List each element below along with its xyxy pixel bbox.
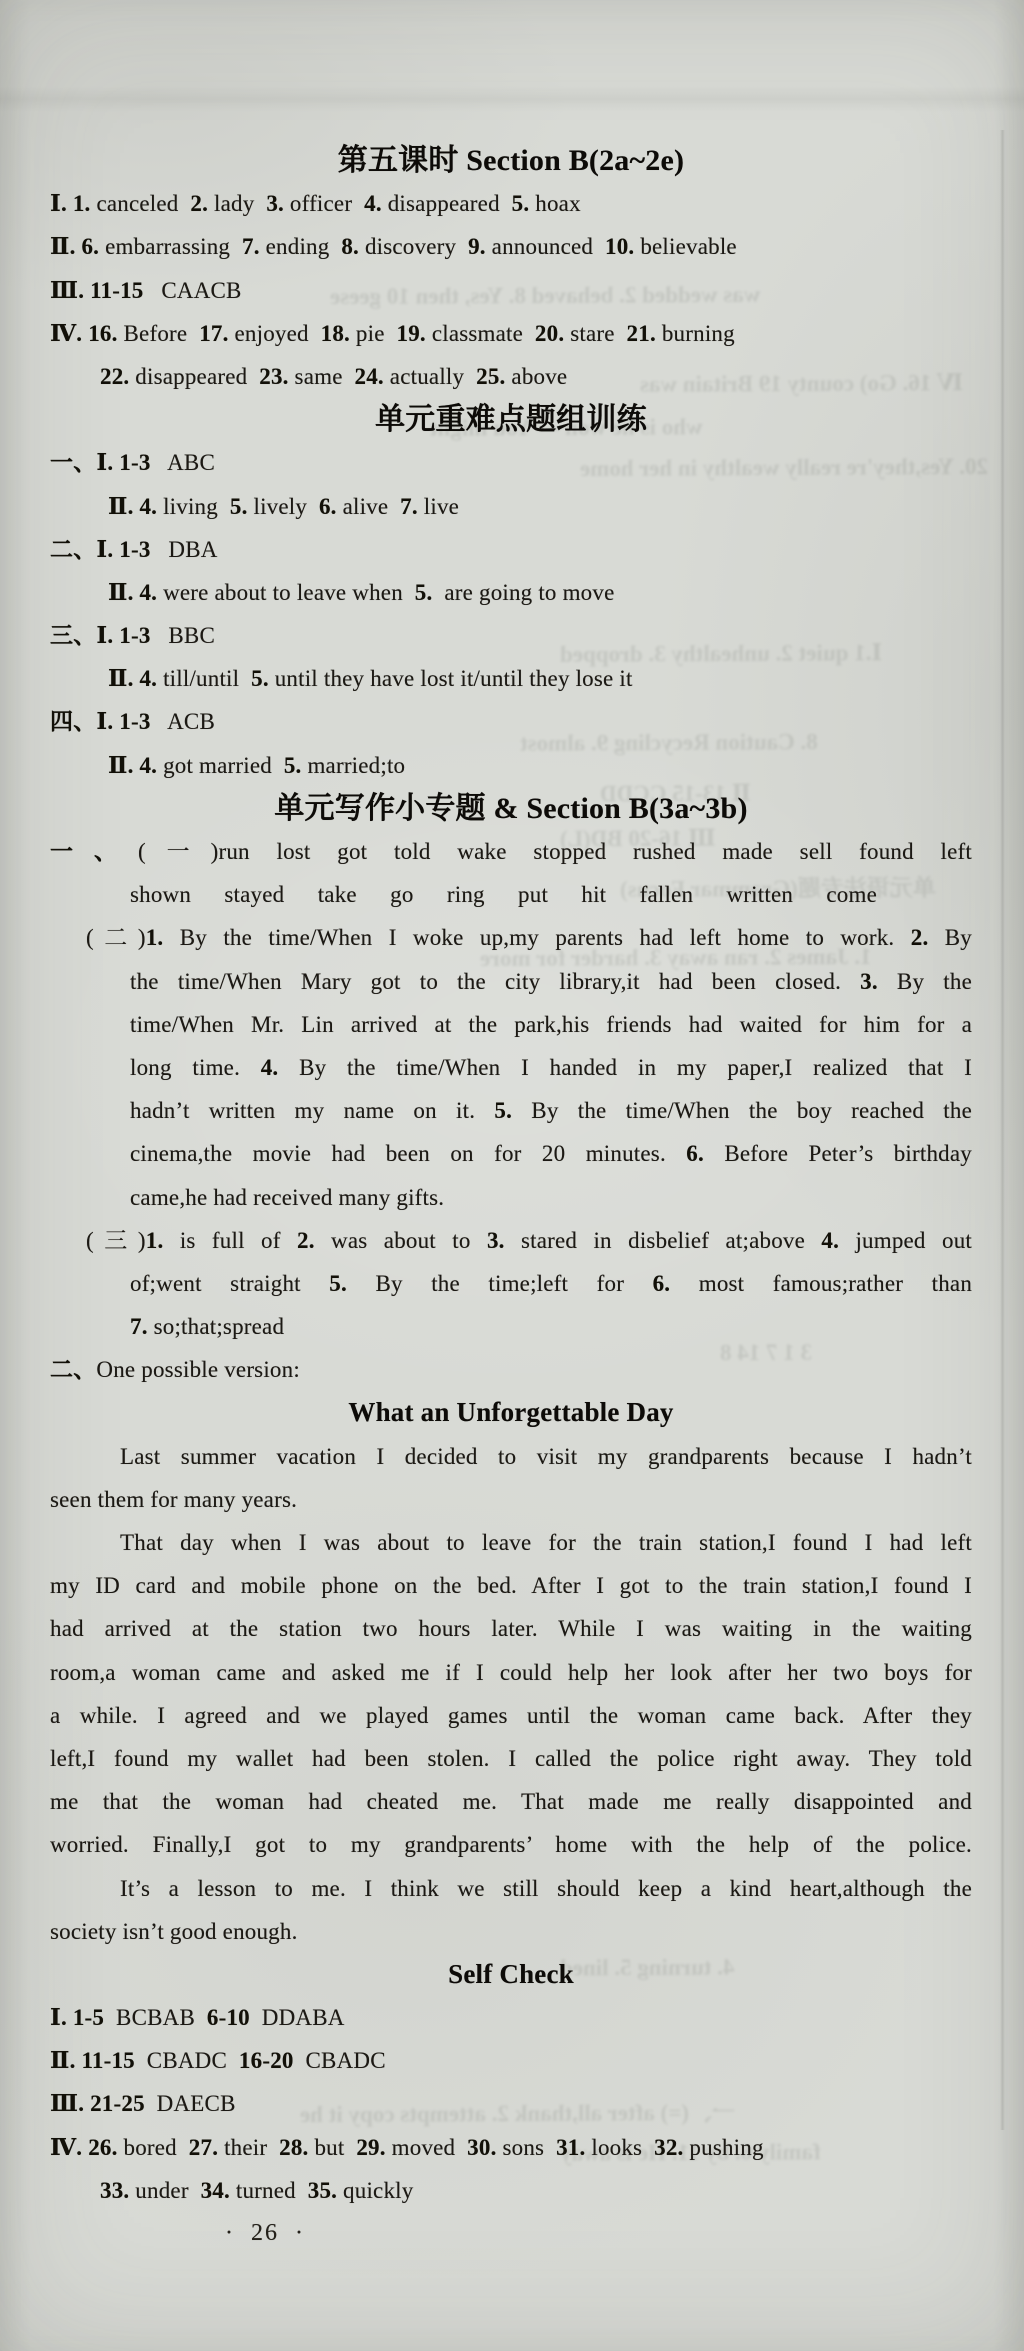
- answer-text: (一)run lost got told wake stopped rushed…: [138, 839, 972, 864]
- answer-line: Ⅰ. 1. canceled 2. lady 3. officer 4. dis…: [50, 182, 972, 225]
- answer-line: Ⅳ. 16. Before 17. enjoyed 18. pie 19. cl…: [50, 312, 972, 355]
- answer-line: Ⅱ. 4. till/until 5. until they have lost…: [50, 657, 972, 700]
- answer-text: hadn’t written my name on it.: [130, 1098, 475, 1123]
- answer-text: By the time/When I woke up,my parents ha…: [163, 925, 894, 950]
- answer-text: hoax: [529, 191, 580, 216]
- answer-text: society isn’t good enough.: [50, 1919, 298, 1944]
- answer-number: 4.: [805, 1228, 839, 1253]
- answer-text: By: [928, 925, 972, 950]
- answer-text: disappeared: [382, 191, 500, 216]
- answer-line: 一、(一)run lost got told wake stopped rush…: [50, 830, 972, 873]
- answer-line: hadn’t written my name on it. 5. By the …: [50, 1089, 972, 1132]
- answer-text: pushing: [683, 2135, 763, 2160]
- answer-text: came,he had received many gifts.: [130, 1185, 444, 1210]
- answer-text: By the: [878, 969, 972, 994]
- answer-number: Ⅱ. 4.: [108, 666, 157, 691]
- answer-text: One possible version:: [96, 1357, 300, 1382]
- answer-line: a while. I agreed and we played games un…: [50, 1694, 972, 1737]
- answer-line: Ⅱ. 4. living 5. lively 6. alive 7. live: [50, 485, 972, 528]
- answer-text: announced: [486, 234, 593, 259]
- answer-line: That day when I was about to leave for t…: [50, 1521, 972, 1564]
- answer-text: canceled: [91, 191, 179, 216]
- answer-line: 二、One possible version:: [50, 1348, 972, 1391]
- answer-text: time/When Mr. Lin arrived at the park,hi…: [130, 1012, 972, 1037]
- answer-line: 22. disappeared 23. same 24. actually 25…: [50, 355, 972, 398]
- scanned-answer-page-body: { "page": { "colors": { "paper": "#d8dad…: [0, 0, 1024, 2351]
- answer-text: embarrassing: [99, 234, 230, 259]
- answer-line: Ⅲ. 21-25 DAECB: [50, 2082, 972, 2125]
- answer-text: was about to: [315, 1228, 471, 1253]
- answer-text: shown stayed take go ring put hit fallen…: [130, 882, 877, 907]
- answer-line: 7. so;that;spread: [50, 1305, 972, 1348]
- answer-text: cinema,the movie had been on for 20 minu…: [130, 1141, 666, 1166]
- answer-number: 2.: [281, 1228, 315, 1253]
- answer-number: 27.: [177, 2135, 218, 2160]
- answer-number: 一、: [50, 839, 138, 864]
- answer-number: 二、: [50, 1357, 96, 1382]
- answer-line: my ID card and mobile phone on the bed. …: [50, 1564, 972, 1607]
- answer-text: believable: [634, 234, 736, 259]
- answer-text: is full of: [163, 1228, 280, 1253]
- answer-text: the time/When Mary got to the city libra…: [130, 969, 841, 994]
- answer-number: 25.: [464, 364, 505, 389]
- answer-number: 16-20: [227, 2048, 294, 2073]
- unit-key-points-heading: 单元重难点题组训练: [50, 398, 972, 441]
- answer-line: Ⅳ. 26. bored 27. their 28. but 29. moved…: [50, 2126, 972, 2169]
- answer-text: worried. Finally,I got to my grandparent…: [50, 1832, 972, 1857]
- answer-number: 5.: [272, 753, 302, 778]
- answer-text: jumped out: [839, 1228, 972, 1253]
- answer-number: 三、Ⅰ. 1-3: [50, 623, 151, 648]
- answer-text: DDABA: [250, 2005, 345, 2030]
- answer-line: worried. Finally,I got to my grandparent…: [50, 1823, 972, 1866]
- answer-text: long time.: [130, 1055, 240, 1080]
- answer-number: 35.: [296, 2178, 337, 2203]
- answer-line: had arrived at the station two hours lat…: [50, 1607, 972, 1650]
- answer-number: 3.: [471, 1228, 505, 1253]
- answer-number: 3.: [254, 191, 284, 216]
- answer-text: live: [418, 494, 459, 519]
- answer-text: room,a woman came and asked me if I coul…: [50, 1660, 972, 1685]
- answer-number: 9.: [456, 234, 486, 259]
- answer-number: 5.: [475, 1098, 512, 1123]
- answer-number: 20.: [523, 321, 564, 346]
- answer-text: Before: [118, 321, 188, 346]
- answer-text: BBC: [151, 623, 215, 648]
- lesson-heading: 第五课时 Section B(2a~2e): [50, 139, 972, 182]
- answer-number: 3.: [841, 969, 878, 994]
- answer-number: 33.: [100, 2178, 129, 2203]
- answer-line: 四、Ⅰ. 1-3 ACB: [50, 700, 972, 743]
- answer-text: their: [218, 2135, 267, 2160]
- answer-number: 23.: [247, 364, 288, 389]
- answer-text: discovery: [359, 234, 456, 259]
- answer-text: my ID card and mobile phone on the bed. …: [50, 1573, 972, 1598]
- answer-number: 5.: [500, 191, 530, 216]
- answer-text: living: [157, 494, 218, 519]
- answer-line: It’s a lesson to me. I think we still sh…: [50, 1867, 972, 1910]
- answer-text: By the time;left for: [347, 1271, 624, 1296]
- answer-text: classmate: [426, 321, 523, 346]
- answer-number: Ⅱ. 4.: [108, 494, 157, 519]
- answer-text: a while. I agreed and we played games un…: [50, 1703, 972, 1728]
- answer-number: Ⅰ. 1-5: [50, 2005, 104, 2030]
- answer-line: of;went straight 5. By the time;left for…: [50, 1262, 972, 1305]
- answer-number: 5.: [218, 494, 248, 519]
- answer-text: stared in disbelief at;above: [505, 1228, 805, 1253]
- answer-text: above: [505, 364, 567, 389]
- answer-number: 6.: [666, 1141, 704, 1166]
- answer-number: 6.: [624, 1271, 670, 1296]
- answer-number: 21.: [615, 321, 656, 346]
- answer-line: came,he had received many gifts.: [50, 1176, 972, 1219]
- answer-line: Ⅲ. 11-15 CAACB: [50, 269, 972, 312]
- answer-text: are going to move: [432, 580, 614, 605]
- answer-line: 一、Ⅰ. 1-3 ABC: [50, 441, 972, 484]
- answer-number: 2.: [894, 925, 928, 950]
- answer-text: By the time/When the boy reached the: [512, 1098, 972, 1123]
- answer-text: (三): [86, 1228, 146, 1253]
- answer-number: 29.: [344, 2135, 385, 2160]
- answer-number: 34.: [189, 2178, 230, 2203]
- answer-text: under: [129, 2178, 188, 2203]
- answer-text: till/until: [157, 666, 239, 691]
- answer-number: 24.: [343, 364, 384, 389]
- answer-line: Ⅱ. 4. were about to leave when 5. are go…: [50, 571, 972, 614]
- page-content: 第五课时 Section B(2a~2e)Ⅰ. 1. canceled 2. l…: [50, 0, 972, 2255]
- answer-text: ACB: [151, 709, 215, 734]
- answer-text: of;went straight: [130, 1271, 301, 1296]
- answer-number: 10.: [593, 234, 634, 259]
- self-check-heading: Self Check: [50, 1953, 972, 1996]
- answer-number: 5.: [239, 666, 269, 691]
- answer-number: Ⅳ. 26.: [50, 2135, 118, 2160]
- answer-text: seen them for many years.: [50, 1487, 297, 1512]
- answer-line: room,a woman came and asked me if I coul…: [50, 1651, 972, 1694]
- answer-number: 一、Ⅰ. 1-3: [50, 450, 151, 475]
- answer-text: ABC: [151, 450, 215, 475]
- answer-text: alive: [337, 494, 389, 519]
- answer-number: Ⅱ. 11-15: [50, 2048, 135, 2073]
- answer-number: 7.: [230, 234, 260, 259]
- answer-number: 6-10: [195, 2005, 250, 2030]
- answer-line: (二)1. By the time/When I woke up,my pare…: [50, 916, 972, 959]
- answer-number: Ⅱ. 4.: [108, 580, 157, 605]
- scanned-page: was wedded 2. behaved 8. Yes, then 10 ge…: [0, 0, 1024, 2351]
- answer-line: Last summer vacation I decided to visit …: [50, 1435, 972, 1478]
- answer-line: Ⅰ. 1-5 BCBAB 6-10 DDABA: [50, 1996, 972, 2039]
- answer-line: long time. 4. By the time/When I handed …: [50, 1046, 972, 1089]
- answer-number: Ⅱ. 4.: [108, 753, 157, 778]
- answer-number: 7.: [388, 494, 418, 519]
- answer-line: Ⅱ. 11-15 CBADC 16-20 CBADC: [50, 2039, 972, 2082]
- answer-text: (二): [86, 925, 146, 950]
- answer-number: 1.: [146, 925, 164, 950]
- answer-line: Ⅱ. 4. got married 5. married;to: [50, 744, 972, 787]
- answer-number: 18.: [309, 321, 350, 346]
- answer-number: 19.: [385, 321, 426, 346]
- answer-number: 32.: [642, 2135, 683, 2160]
- answer-line: left,I found my wallet had been stolen. …: [50, 1737, 972, 1780]
- answer-text: got married: [157, 753, 272, 778]
- answer-text: It’s a lesson to me. I think we still sh…: [120, 1876, 972, 1901]
- answer-number: 2.: [179, 191, 209, 216]
- answer-text: but: [309, 2135, 345, 2160]
- answer-number: Ⅳ. 16.: [50, 321, 118, 346]
- answer-number: 30.: [455, 2135, 496, 2160]
- answer-text: burning: [656, 321, 735, 346]
- answer-line: 二、Ⅰ. 1-3 DBA: [50, 528, 972, 571]
- answer-text: were about to leave when: [157, 580, 403, 605]
- answer-text: lively: [248, 494, 308, 519]
- answer-text: had arrived at the station two hours lat…: [50, 1616, 972, 1641]
- answer-number: 5.: [301, 1271, 347, 1296]
- answer-number: 四、Ⅰ. 1-3: [50, 709, 151, 734]
- answer-text: most famous;rather than: [670, 1271, 972, 1296]
- answer-text: Last summer vacation I decided to visit …: [120, 1444, 972, 1469]
- essay-title: What an Unforgettable Day: [50, 1391, 972, 1434]
- answer-line: 三、Ⅰ. 1-3 BBC: [50, 614, 972, 657]
- answer-text: DBA: [151, 537, 218, 562]
- answer-text: actually: [384, 364, 464, 389]
- answer-text: turned: [230, 2178, 296, 2203]
- answer-number: Ⅱ. 6.: [50, 234, 99, 259]
- answer-text: By the time/When I handed in my paper,I …: [278, 1055, 972, 1080]
- answer-number: 22.: [100, 364, 129, 389]
- answer-text: married;to: [302, 753, 406, 778]
- answer-line: society isn’t good enough.: [50, 1910, 972, 1953]
- answer-text: pie: [350, 321, 385, 346]
- unit-writing-heading: 单元写作小专题 & Section B(3a~3b): [50, 787, 972, 830]
- answer-line: (三)1. is full of 2. was about to 3. star…: [50, 1219, 972, 1262]
- answer-number: 28.: [267, 2135, 308, 2160]
- answer-line: me that the woman had cheated me. That m…: [50, 1780, 972, 1823]
- answer-line: cinema,the movie had been on for 20 minu…: [50, 1132, 972, 1175]
- answer-text: CAACB: [144, 278, 242, 303]
- answer-text: moved: [386, 2135, 456, 2160]
- answer-number: 6.: [307, 494, 337, 519]
- answer-number: 二、Ⅰ. 1-3: [50, 537, 151, 562]
- answer-line: Ⅱ. 6. embarrassing 7. ending 8. discover…: [50, 225, 972, 268]
- answer-text: left,I found my wallet had been stolen. …: [50, 1746, 972, 1771]
- answer-text: That day when I was about to leave for t…: [120, 1530, 972, 1555]
- answer-number: Ⅲ. 21-25: [50, 2091, 145, 2116]
- answer-text: sons: [497, 2135, 545, 2160]
- answer-number: 17.: [187, 321, 228, 346]
- answer-text: DAECB: [145, 2091, 236, 2116]
- answer-number: 7.: [130, 1314, 148, 1339]
- answer-number: 1.: [146, 1228, 164, 1253]
- answer-line: time/When Mr. Lin arrived at the park,hi…: [50, 1003, 972, 1046]
- answer-line: the time/When Mary got to the city libra…: [50, 960, 972, 1003]
- answer-number: 4.: [352, 191, 382, 216]
- answer-text: enjoyed: [229, 321, 309, 346]
- answer-text: same: [289, 364, 343, 389]
- answer-number: 5.: [403, 580, 433, 605]
- answer-number: Ⅰ. 1.: [50, 191, 91, 216]
- answer-text: BCBAB: [104, 2005, 195, 2030]
- answer-text: CBADC: [294, 2048, 386, 2073]
- answer-text: lady: [208, 191, 254, 216]
- answer-text: looks: [585, 2135, 642, 2160]
- answer-text: Before Peter’s birthday: [704, 1141, 972, 1166]
- answer-number: Ⅲ. 11-15: [50, 278, 144, 303]
- page-crease: [1000, 130, 1005, 2130]
- answer-line: seen them for many years.: [50, 1478, 972, 1521]
- answer-text: so;that;spread: [148, 1314, 285, 1339]
- answer-number: 4.: [240, 1055, 278, 1080]
- answer-text: bored: [118, 2135, 177, 2160]
- answer-text: me that the woman had cheated me. That m…: [50, 1789, 972, 1814]
- answer-number: 8.: [329, 234, 359, 259]
- answer-text: quickly: [337, 2178, 413, 2203]
- answer-line: shown stayed take go ring put hit fallen…: [50, 873, 972, 916]
- page-number: · 26 ·: [50, 2212, 972, 2255]
- answer-line: 33. under 34. turned 35. quickly: [50, 2169, 972, 2212]
- answer-text: stare: [564, 321, 614, 346]
- answer-text: CBADC: [135, 2048, 227, 2073]
- answer-text: until they have lost it/until they lose …: [269, 666, 633, 691]
- answer-text: ending: [260, 234, 330, 259]
- answer-text: officer: [284, 191, 352, 216]
- answer-number: 31.: [544, 2135, 585, 2160]
- answer-text: disappeared: [129, 364, 247, 389]
- answer-blocks: 第五课时 Section B(2a~2e)Ⅰ. 1. canceled 2. l…: [50, 139, 972, 2212]
